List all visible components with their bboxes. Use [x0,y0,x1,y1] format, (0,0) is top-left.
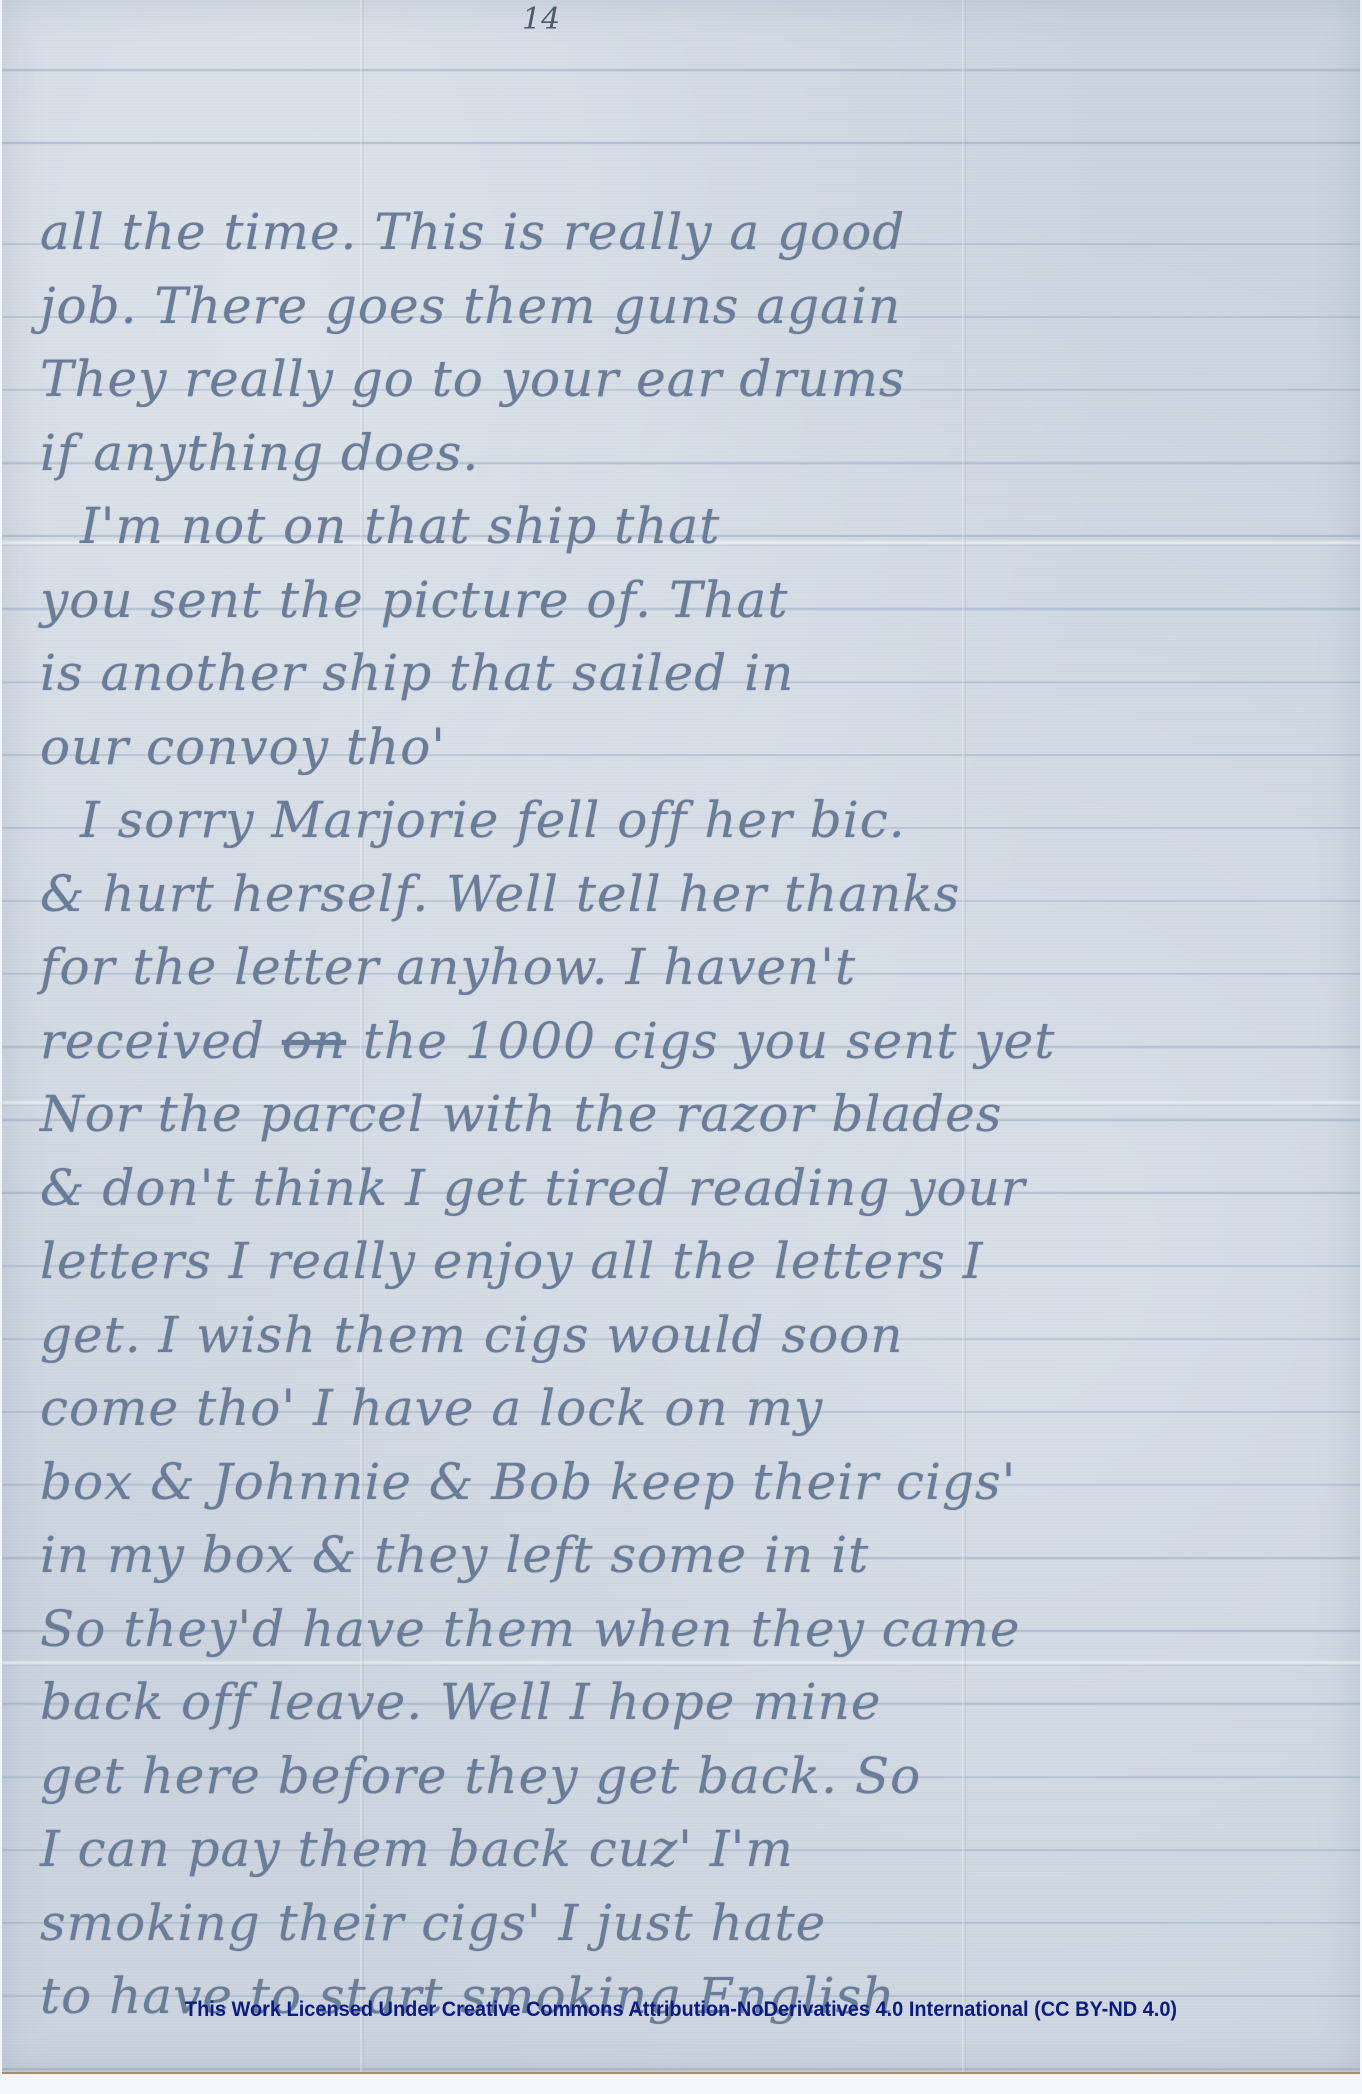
line-text: letters I really enjoy all the letters I [40,1232,983,1290]
line-text: back off leave. Well I hope mine [40,1673,881,1731]
letter-line: & hurt herself. Well tell her thanks [40,858,1340,932]
line-text: I can pay them back cuz' I'm [40,1820,794,1878]
line-text: smoking their cigs' I just hate [40,1894,826,1952]
line-text: come tho' I have a lock on my [40,1379,823,1437]
letter-line: come tho' I have a lock on my [40,1372,1340,1446]
line-text: you sent the picture of. That [40,571,788,629]
letter-line: They really go to your ear drums [40,343,1340,417]
line-text: received [40,1012,265,1070]
letter-line: back off leave. Well I hope mine [40,1666,1340,1740]
letter-line: all the time. This is really a good [40,196,1340,270]
line-text: I'm not on that ship that [80,497,720,555]
letter-line: get here before they get back. So [40,1740,1340,1814]
line-text: all the time. This is really a good [40,203,905,261]
line-text: I sorry Marjorie fell off her bic. [80,791,906,849]
line-text: job. There goes them guns again [40,277,901,335]
line-text: in my box & they left some in it [40,1526,869,1584]
letter-line: Nor the parcel with the razor blades [40,1078,1340,1152]
letter-line: if anything does. [40,417,1340,491]
letter-line: I can pay them back cuz' I'm [40,1813,1340,1887]
letter-line: our convoy tho' [40,711,1340,785]
letter-line: I sorry Marjorie fell off her bic. [40,784,1340,858]
line-text: & don't think I get tired reading your [40,1159,1026,1217]
letter-line: smoking their cigs' I just hate [40,1887,1340,1961]
line-text: get here before they get back. So [40,1747,921,1805]
line-text: So they'd have them when they came [40,1600,1020,1658]
line-text: for the letter anyhow. I haven't [40,938,856,996]
line-text: & hurt herself. Well tell her thanks [40,865,960,923]
line-text: Nor the parcel with the razor blades [40,1085,1002,1143]
letter-line: I'm not on that ship that [40,490,1340,564]
letter-line: So they'd have them when they came [40,1593,1340,1667]
license-notice: This Work Licensed Under Creative Common… [34,1998,1328,2022]
line-text: our convoy tho' [40,718,446,776]
letter-line: box & Johnnie & Bob keep their cigs' [40,1446,1340,1520]
letter-line: is another ship that sailed in [40,637,1340,711]
letter-line: & don't think I get tired reading your [40,1152,1340,1226]
letter-line: get. I wish them cigs would soon [40,1299,1340,1373]
letter-line: for the letter anyhow. I haven't [40,931,1340,1005]
line-text: box & Johnnie & Bob keep their cigs' [40,1453,1016,1511]
struck-word: on [282,1012,346,1070]
line-text: is another ship that sailed in [40,644,794,702]
letter-line: received on the 1000 cigs you sent yet [40,1005,1340,1079]
page-number: 14 [522,2,560,37]
letter-line: you sent the picture of. That [40,564,1340,638]
handwritten-text: all the time. This is really a goodjob. … [40,196,1340,2034]
letter-line: to have to start smoking English [40,1960,1340,2034]
line-text: if anything does. [40,424,479,482]
line-text: get. I wish them cigs would soon [40,1306,903,1364]
letter-line: in my box & they left some in it [40,1519,1340,1593]
line-text: They really go to your ear drums [40,350,906,408]
letter-line: job. There goes them guns again [40,270,1340,344]
letter-page: 14 all the time. This is really a goodjo… [2,0,1360,2074]
letter-line: letters I really enjoy all the letters I [40,1225,1340,1299]
line-text-continued: the 1000 cigs you sent yet [363,1012,1055,1070]
